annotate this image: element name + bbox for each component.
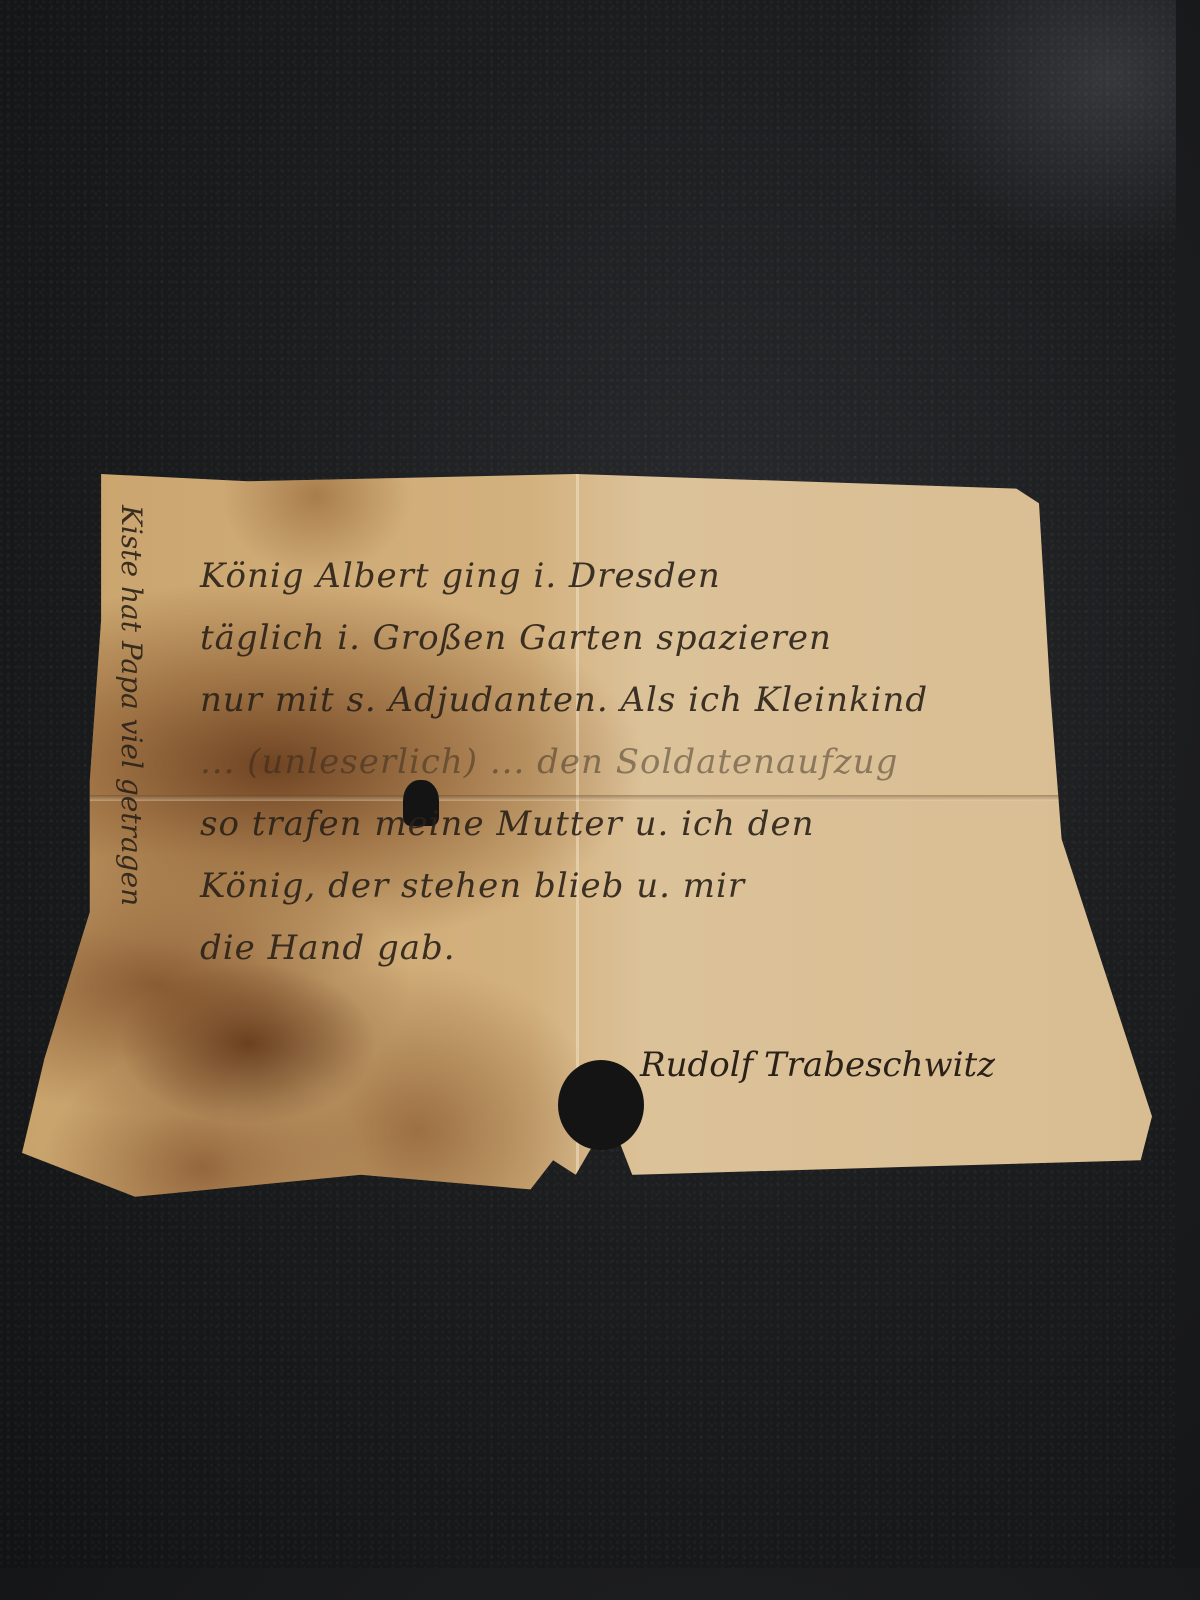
signature: Rudolf Trabeschwitz [640, 1045, 995, 1085]
note-line: die Hand gab. [200, 917, 1060, 979]
note-line: ... (unleserlich) ... den Soldatenaufzug [200, 731, 1060, 793]
note-line: nur mit s. Adjudanten. Als ich Kleinkind [200, 669, 1060, 731]
margin-note: Kiste hat Papa viel getragen [115, 505, 148, 906]
note-line: König Albert ging i. Dresden [200, 545, 1060, 607]
burn-hole [558, 1060, 644, 1150]
note-line: so trafen meine Mutter u. ich den [200, 793, 1060, 855]
note-body: König Albert ging i. Dresden täglich i. … [200, 545, 1060, 979]
note-line: täglich i. Großen Garten spazieren [200, 607, 1060, 669]
note-line: König, der stehen blieb u. mir [200, 855, 1060, 917]
light-reflection [900, 0, 1176, 260]
